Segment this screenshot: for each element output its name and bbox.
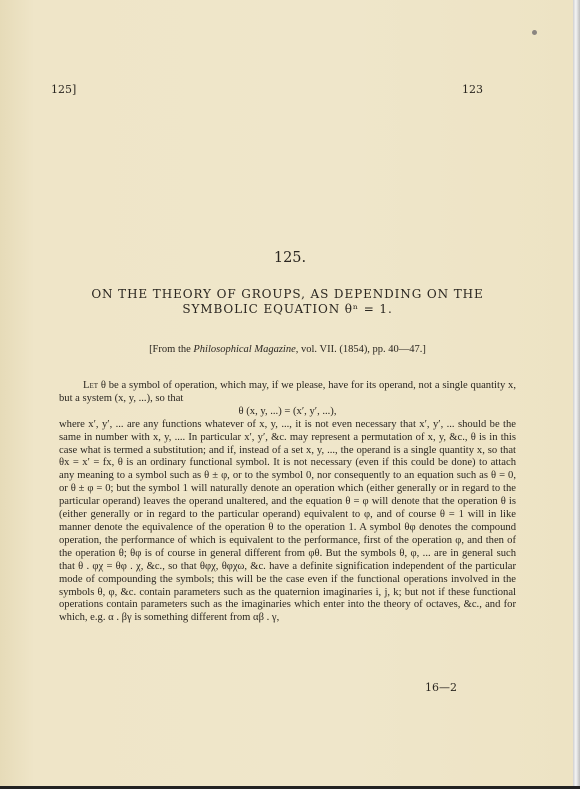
source-suffix: , vol. VII. (1854), pp. 40—47.] (296, 344, 426, 355)
title-line-1: ON THE THEORY OF GROUPS, AS DEPENDING ON… (60, 287, 515, 302)
title-line-2: SYMBOLIC EQUATION θⁿ = 1. (60, 302, 515, 317)
paragraph-1a: Let θ be a symbol of operation, which ma… (59, 380, 516, 406)
running-head-left: 125] (51, 83, 76, 96)
lead-word: Let (83, 380, 98, 391)
source-citation: [From the Philosophical Magazine, vol. V… (60, 344, 515, 355)
source-prefix: [From the (149, 344, 193, 355)
paragraph-1b: where x′, y′, ... are any functions what… (59, 419, 516, 626)
signature-mark: 16—2 (425, 681, 457, 694)
page-number: 123 (462, 83, 483, 96)
page-edge-right (573, 0, 580, 789)
paragraph-1a-text: θ be a symbol of operation, which may, i… (59, 380, 516, 404)
source-journal: Philosophical Magazine (193, 344, 295, 355)
body-text: Let θ be a symbol of operation, which ma… (59, 380, 516, 625)
scanned-page: 125] 123 125. ON THE THEORY OF GROUPS, A… (0, 0, 573, 786)
paper-title: ON THE THEORY OF GROUPS, AS DEPENDING ON… (60, 287, 515, 317)
display-equation: θ (x, y, ...) = (x′, y′, ...), (59, 406, 516, 419)
page-speck (532, 30, 537, 35)
paper-number: 125. (0, 250, 580, 266)
